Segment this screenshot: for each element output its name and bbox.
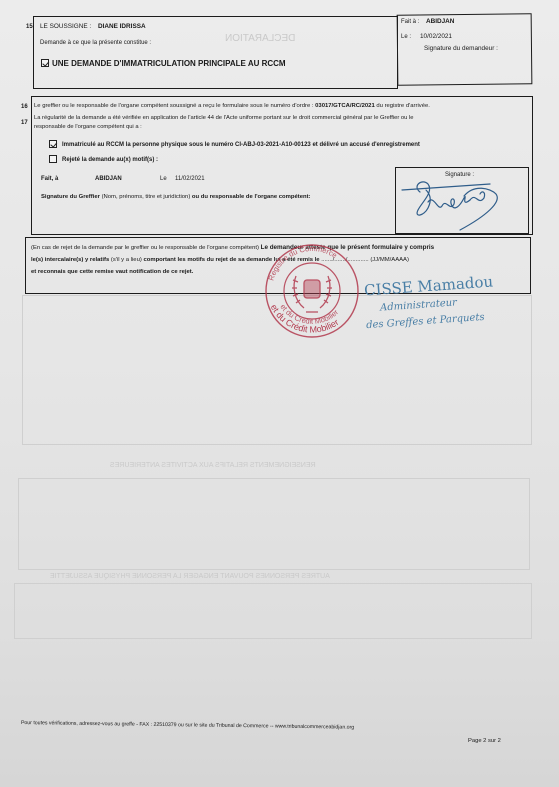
registered-text: Immatriculé au RCCM la personne physique… — [62, 142, 420, 148]
request-checkbox[interactable] — [41, 59, 49, 67]
section-15-number: 15 — [26, 24, 33, 30]
request-option: UNE DEMANDE D'IMMATRICULATION PRINCIPALE… — [52, 60, 286, 68]
registered-text-before: Immatriculé au RCCM la personne physique… — [62, 142, 233, 148]
request-label: Demande à ce que la présente constitue : — [40, 40, 151, 46]
receipt-text-before: Le greffier ou le responsable de l'organ… — [34, 103, 314, 109]
undersigned-label: LE SOUSSIGNE : — [40, 24, 91, 30]
regularity-line1: La régularité de la demande a été vérifi… — [34, 116, 413, 122]
rejection-line2-bold-a: le(s) intercalaire(s) y relatifs — [31, 257, 109, 263]
rejected-text: Rejeté la demande au(x) motif(s) : — [62, 157, 158, 163]
handwritten-signature — [398, 172, 528, 234]
seal-bottom-arc-label: et du Crédit Mobilier — [262, 280, 362, 350]
section-17-number: 17 — [21, 120, 28, 126]
clerk-signature-normal: (Nom, prénoms, titre et juridiction) — [102, 194, 191, 200]
date-label: Le : — [401, 34, 411, 40]
undersigned-name: DIANE IDRISSA — [98, 24, 146, 30]
rejection-line1-normal: (En cas de rejet de la demande par le gr… — [31, 245, 259, 251]
receipt-text-after: du registre d'arrivée. — [376, 103, 430, 109]
rejection-date-format: (JJ/MM/AAAA) — [370, 257, 409, 263]
rccm-number: CI-ABJ-03-2021-A10-00123 — [235, 142, 311, 148]
clerk-place-value: ABIDJAN — [95, 176, 122, 182]
order-number: 03017/GTCA/RC/2021 — [315, 103, 375, 109]
rejection-line1: (En cas de rejet de la demande par le gr… — [31, 245, 434, 252]
date-value: 10/02/2021 — [420, 34, 452, 40]
seal-top-text: Registre du Commerce — [267, 244, 339, 282]
page-number: Page 2 sur 2 — [468, 739, 501, 745]
ghost-box-2 — [18, 478, 530, 570]
clerk-signature-bold: Signature du Greffier — [41, 194, 100, 200]
ghost-autres: AUTRES PERSONNES POUVANT ENGAGER LA PERS… — [50, 573, 330, 580]
ghost-activites: RENSEIGNEMENTS RELATIFS AUX ACTIVITES AN… — [110, 462, 316, 469]
registered-text-after: et délivré un accusé d'enregistrement — [312, 142, 419, 148]
ghost-box-3 — [14, 583, 532, 639]
registered-checkbox[interactable] — [49, 140, 57, 148]
clerk-date-value: 11/02/2021 — [175, 176, 205, 182]
place-label: Fait à : — [401, 19, 419, 25]
clerk-place-label: Fait, à — [41, 176, 58, 182]
place-value: ABIDJAN — [426, 19, 454, 25]
svg-text:et du Crédit Mobilier: et du Crédit Mobilier — [269, 303, 341, 335]
clerk-signature-caption: Signature du Greffier (Nom, prénoms, tit… — [41, 195, 311, 201]
rejected-checkbox[interactable] — [49, 155, 57, 163]
applicant-signature-label: Signature du demandeur : — [424, 46, 498, 52]
rejection-line2-normal: (s'il y a lieu) — [111, 257, 142, 263]
section-16-number: 16 — [21, 104, 28, 110]
clerk-signature-tail: ou du responsable de l'organe compétent: — [192, 194, 311, 200]
footer-text: Pour toutes vérifications, adressez-vous… — [21, 721, 354, 731]
rejection-line3: et reconnais que cette remise vaut notif… — [31, 270, 193, 276]
regularity-line2: responsable de l'organe compétent qui a … — [34, 125, 142, 131]
receipt-text: Le greffier ou le responsable de l'organ… — [34, 104, 430, 110]
clerk-date-label: Le — [160, 176, 167, 182]
